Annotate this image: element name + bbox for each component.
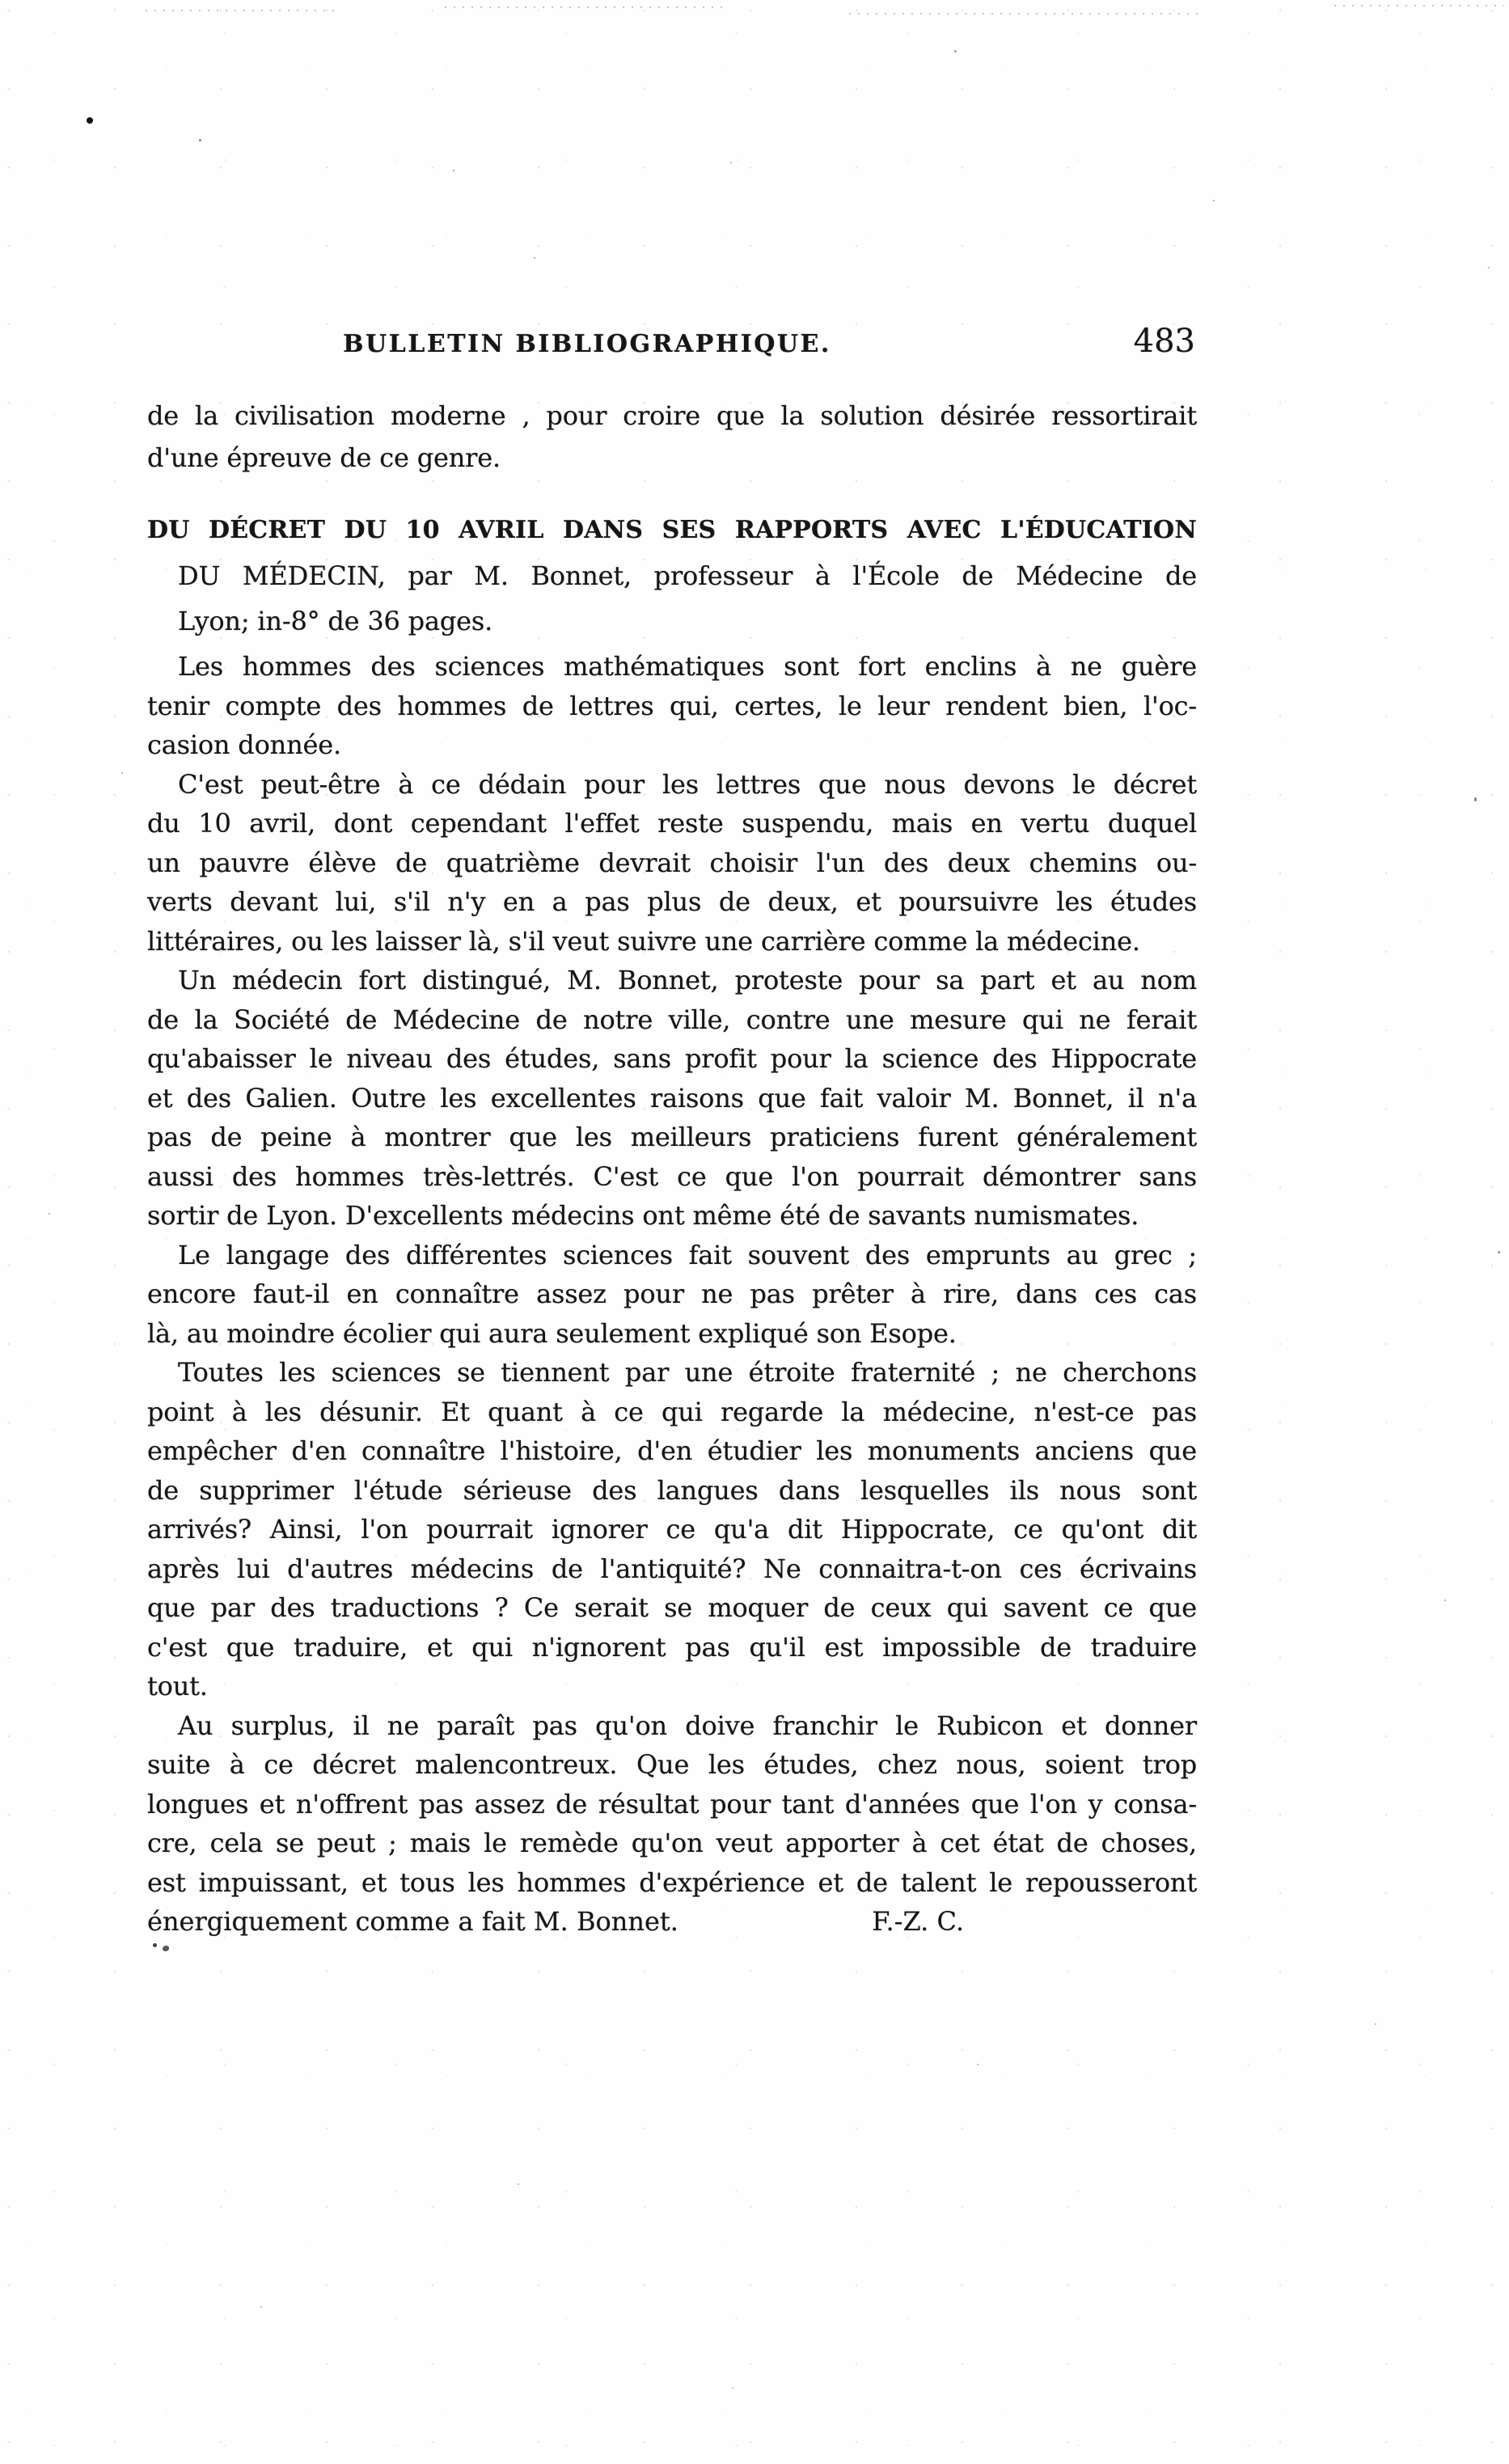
text-line: de la Société de Médecine de notre ville…	[147, 1000, 1197, 1040]
text-line: DU DÉCRET DU 10 AVRIL DANS SES RAPPORTS …	[147, 508, 1197, 553]
paragraph: Le langage des différentes sciences fait…	[147, 1236, 1197, 1354]
ink-speck	[1375, 2023, 1376, 2025]
ink-speck	[1488, 267, 1490, 268]
ink-speck	[87, 117, 93, 124]
text-line: Au surplus, il ne paraît pas qu'on doive…	[147, 1706, 1197, 1746]
text-line: est impuissant, et tous les hommes d'exp…	[147, 1863, 1197, 1903]
ink-smudge	[163, 1946, 169, 1951]
ink-speck	[1444, 1600, 1446, 1601]
text-line: et des Galien. Outre les excellentes rai…	[147, 1079, 1197, 1118]
text-line: qu'abaisser le niveau des études, sans p…	[147, 1039, 1197, 1079]
text-line: de supprimer l'étude sérieuse des langue…	[147, 1471, 1197, 1511]
author-initials: F.-Z. C.	[872, 1902, 964, 1942]
text-line: empêcher d'en connaître l'histoire, d'en…	[147, 1431, 1197, 1471]
text-line: arrivés? Ainsi, l'on pourrait ignorer ce…	[147, 1510, 1197, 1549]
noise-strip	[849, 13, 1205, 15]
review-heading: DU DÉCRET DU 10 AVRIL DANS SES RAPPORTS …	[147, 508, 1197, 644]
text-line: Toutes les sciences se tiennent par une …	[147, 1353, 1197, 1393]
text-line: encore faut-il en connaître assez pour n…	[147, 1274, 1197, 1314]
page-number: 483	[1134, 320, 1195, 362]
paragraph: C'est peut-être à ce dédain pour les let…	[147, 765, 1197, 962]
paragraph: Les hommes des sciences mathématiques so…	[147, 647, 1197, 765]
text-line: tout.	[147, 1667, 1197, 1706]
ink-speck	[1498, 1251, 1500, 1253]
running-head: BULLETIN BIBLIOGRAPHIQUE. 483	[147, 323, 1197, 366]
paragraph: Toutes les sciences se tiennent par une …	[147, 1353, 1197, 1706]
text-line: DU MÉDECIN, par M. Bonnet, professeur à …	[147, 553, 1197, 598]
ink-speck	[534, 257, 535, 259]
noise-strip	[445, 6, 728, 8]
text-line: c'est que traduire, et qui n'ignorent pa…	[147, 1628, 1197, 1667]
text-line: Le langage des différentes sciences fait…	[147, 1236, 1197, 1275]
noise-strip	[1334, 5, 1504, 6]
paragraph: Au surplus, il ne paraît pas qu'on doive…	[147, 1706, 1197, 1942]
scanned-book-page: BULLETIN BIBLIOGRAPHIQUE. 483 de la civi…	[0, 0, 1509, 2464]
text-line: du 10 avril, dont cependant l'effet rest…	[147, 804, 1197, 843]
text-line: suite à ce décret malencontreux. Que les…	[147, 1745, 1197, 1785]
ink-speck	[954, 50, 957, 53]
running-title: BULLETIN BIBLIOGRAPHIQUE.	[147, 323, 1197, 366]
text-line: d'une épreuve de ce genre.	[147, 437, 1197, 479]
paragraph: Un médecin fort distingué, M. Bonnet, pr…	[147, 961, 1197, 1236]
ink-speck	[1213, 200, 1215, 201]
ink-smudge	[153, 1943, 157, 1947]
ink-speck	[977, 2064, 979, 2065]
text-column: BULLETIN BIBLIOGRAPHIQUE. 483 de la civi…	[147, 323, 1197, 1942]
text-line: de la civilisation moderne , pour croire…	[147, 395, 1197, 437]
text-line: que par des traductions ? Ce serait se m…	[147, 1588, 1197, 1628]
ink-speck	[199, 139, 201, 142]
text-line: littéraires, ou les laisser là, s'il veu…	[147, 922, 1197, 962]
ink-speck	[260, 2306, 262, 2308]
text-line: sortir de Lyon. D'excellents médecins on…	[147, 1196, 1197, 1236]
text-line: Lyon; in-8° de 36 pages.	[147, 598, 1197, 644]
ink-speck	[730, 162, 732, 163]
text-line: pas de peine à montrer que les meilleurs…	[147, 1118, 1197, 1157]
ink-speck	[518, 2183, 519, 2185]
text-line: cre, cela se peut ; mais le remède qu'on…	[147, 1824, 1197, 1863]
text-line: point à les désunir. Et quant à ce qui r…	[147, 1393, 1197, 1432]
text-line: là, au moindre écolier qui aura seulemen…	[147, 1314, 1197, 1354]
text-line: casion donnée.	[147, 725, 1197, 765]
text-line: aussi des hommes très-lettrés. C'est ce …	[147, 1157, 1197, 1197]
ink-speck	[1474, 797, 1477, 801]
ink-speck	[49, 1213, 50, 1215]
text-line: énergiquement comme a fait M. Bonnet.F.-…	[147, 1902, 1197, 1942]
text-line: tenir compte des hommes de lettres qui, …	[147, 687, 1197, 726]
text-line: Un médecin fort distingué, M. Bonnet, pr…	[147, 961, 1197, 1000]
ink-speck	[453, 170, 454, 171]
text-line: longues et n'offrent pas assez de résult…	[147, 1785, 1197, 1824]
noise-strip	[146, 10, 340, 11]
ink-speck	[732, 2387, 733, 2389]
paragraph: de la civilisation moderne , pour croire…	[147, 395, 1197, 479]
text-line: verts devant lui, s'il n'y en a pas plus…	[147, 882, 1197, 922]
ink-speck	[121, 772, 123, 774]
text-line: après lui d'autres médecins de l'antiqui…	[147, 1549, 1197, 1589]
text-line: C'est peut-être à ce dédain pour les let…	[147, 765, 1197, 805]
text-line-text: énergiquement comme a fait M. Bonnet.	[147, 1902, 678, 1942]
text-line: Les hommes des sciences mathématiques so…	[147, 647, 1197, 687]
paragraphs: de la civilisation moderne , pour croire…	[147, 395, 1197, 1942]
text-line: un pauvre élève de quatrième devrait cho…	[147, 843, 1197, 883]
